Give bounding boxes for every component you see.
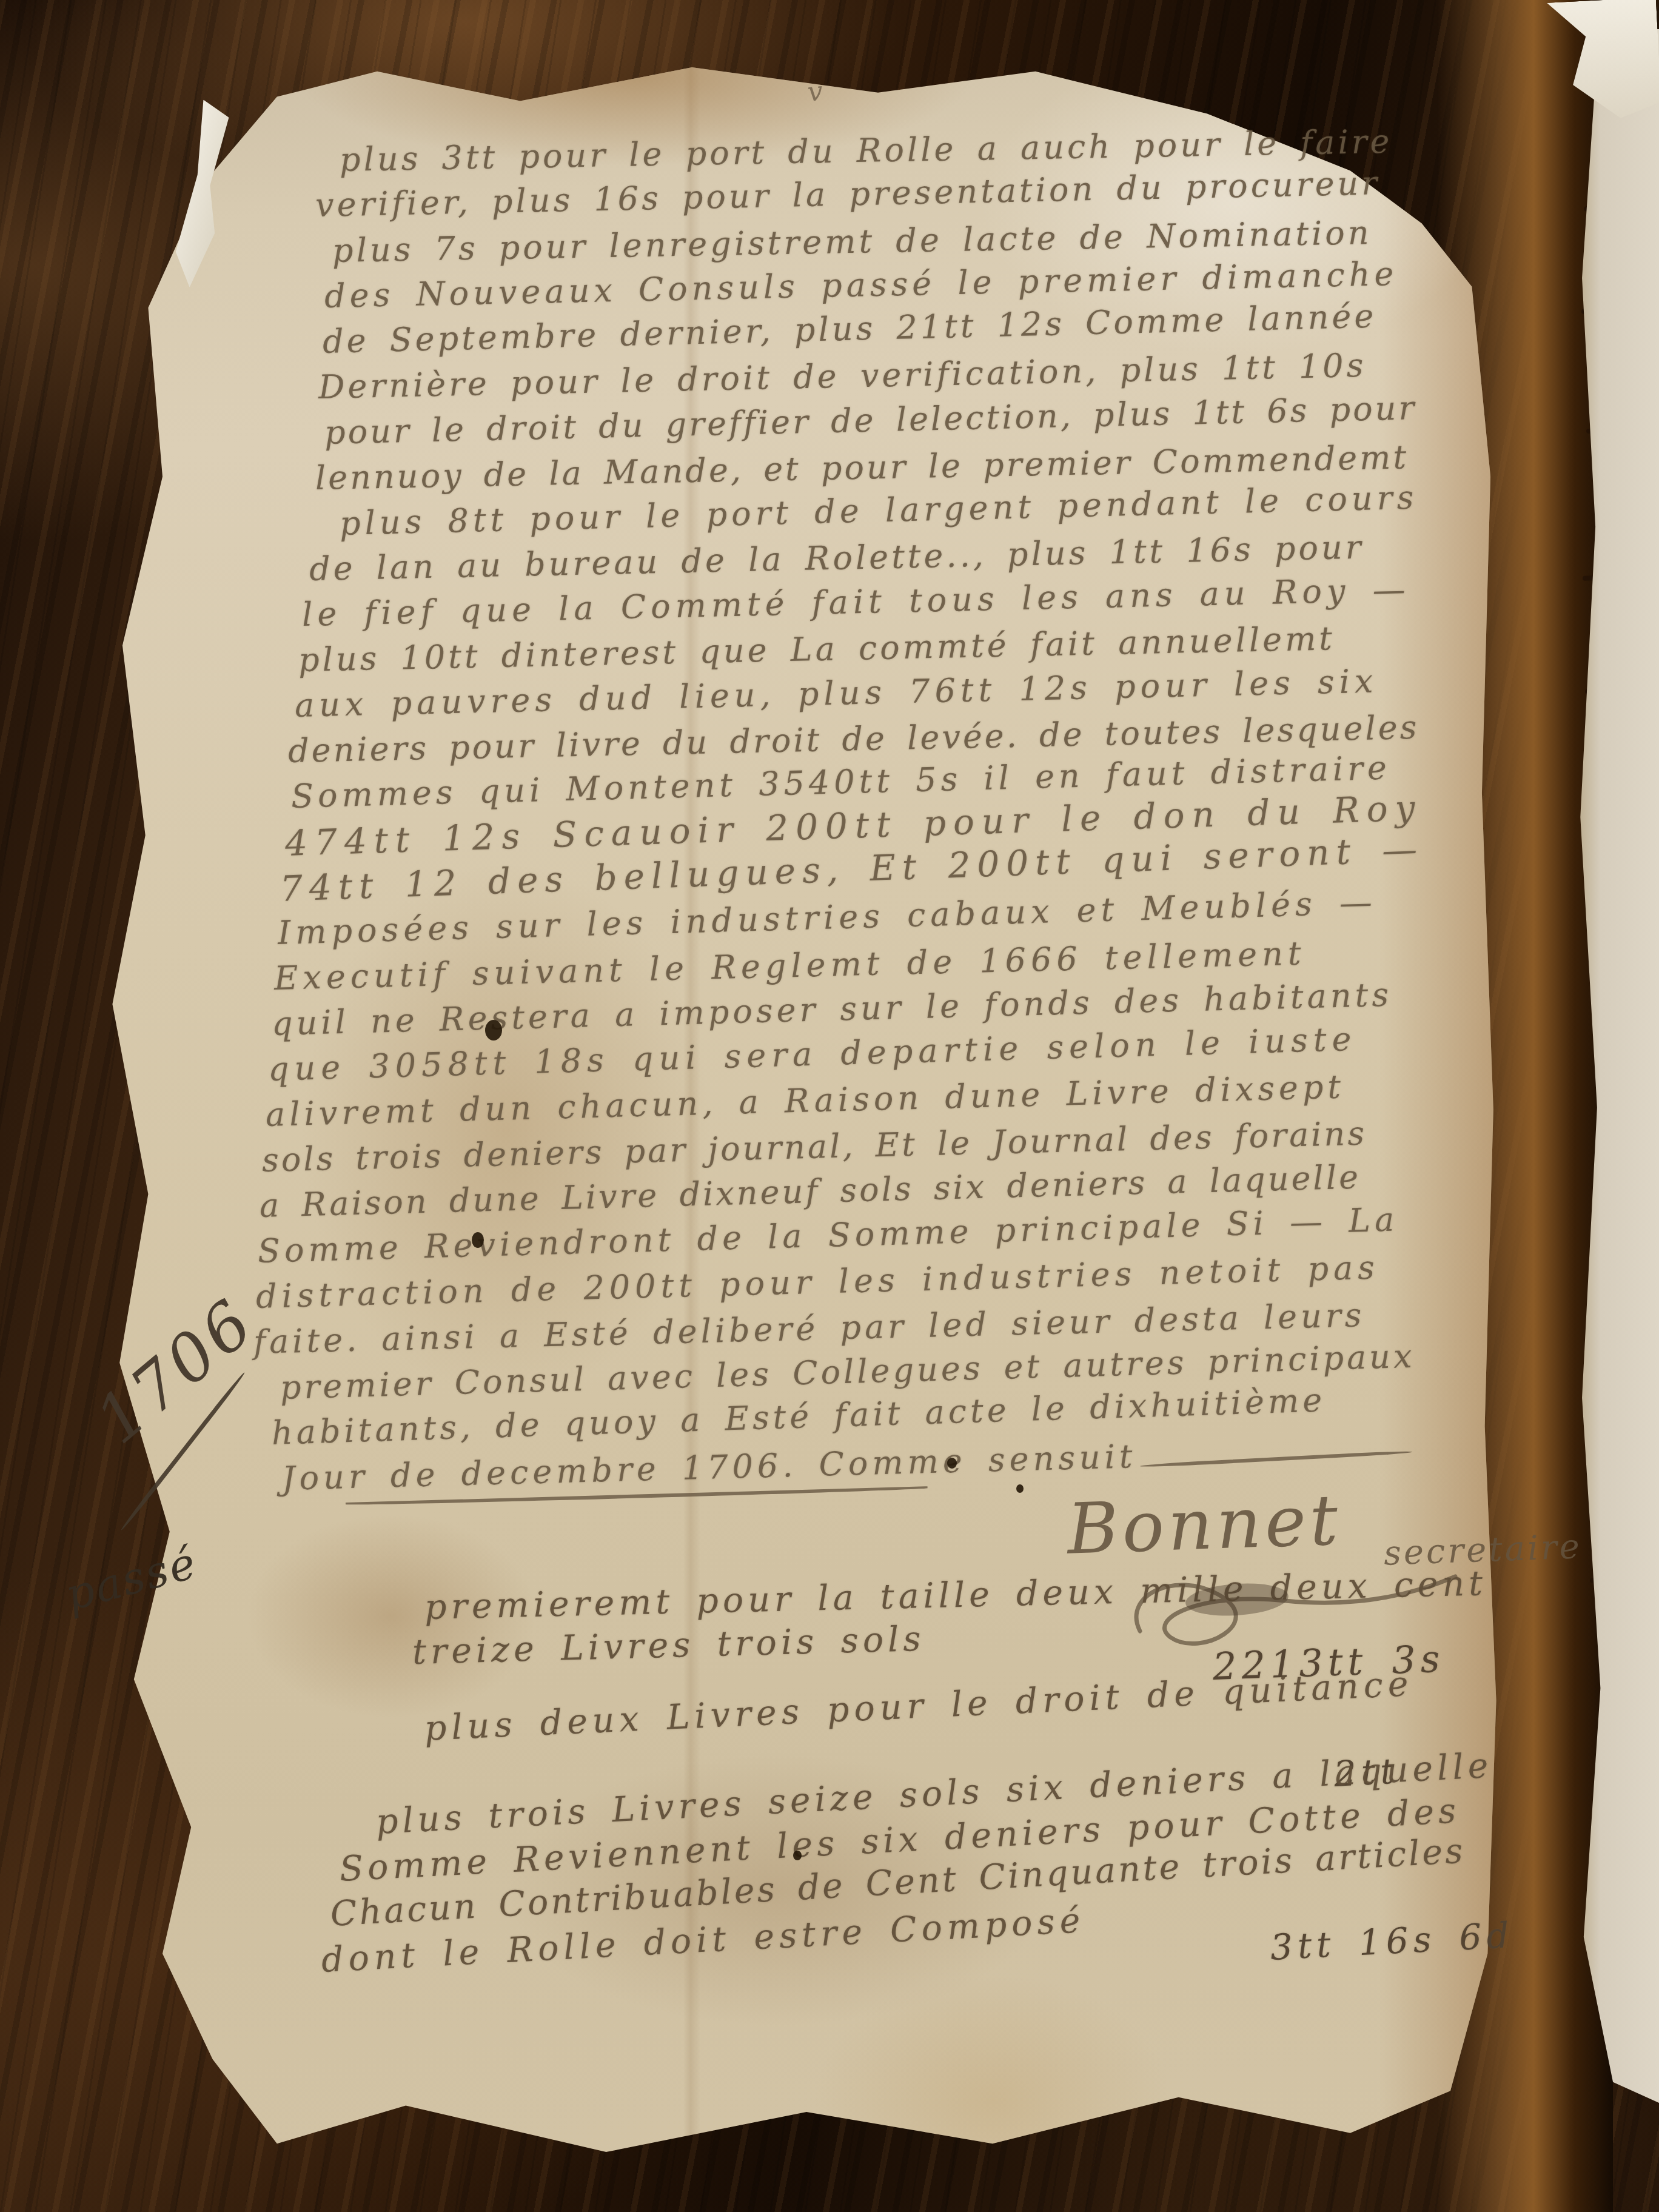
- ink-speck: [793, 1851, 802, 1860]
- underline-stroke: [1140, 1450, 1413, 1468]
- tally-entry: treize Livres trois sols: [412, 1619, 925, 1672]
- signature-name: Bonnet: [1066, 1480, 1343, 1570]
- handwriting-layer: v plus 3tt pour le port du Rolle a auch …: [0, 0, 1659, 2212]
- ink-speck: [485, 1020, 502, 1041]
- ink-speck: [947, 1458, 957, 1469]
- ink-speck: [472, 1232, 484, 1248]
- margin-passe-note: passé: [60, 1537, 203, 1620]
- ink-speck: [1016, 1484, 1024, 1493]
- amount-value: 3tt 16s 6d: [1269, 1914, 1515, 1968]
- folio-mark: v: [806, 76, 824, 108]
- margin-year-note: 1706: [82, 1284, 269, 1459]
- tally-entry: plus deux Livres pour le droit de quitan…: [424, 1664, 1414, 1749]
- photograph-of-manuscript: { "document": { "folio_mark": "v", "marg…: [0, 0, 1659, 2212]
